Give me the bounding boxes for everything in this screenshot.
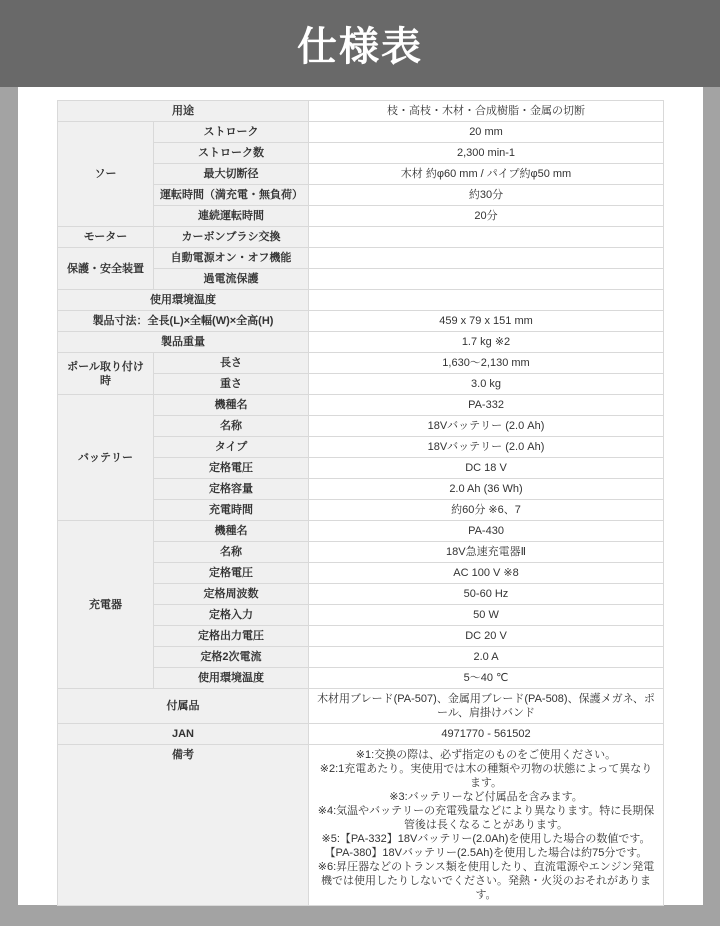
spec-label-cell: 名称 — [154, 416, 309, 437]
spec-label-cell: タイプ — [154, 437, 309, 458]
spec-value-cell: 5～40 ℃ — [309, 668, 664, 689]
spec-label-cell: 定格電圧 — [154, 458, 309, 479]
spec-label-cell: 連続運転時間 — [154, 206, 309, 227]
spec-label-cell: 重さ — [154, 374, 309, 395]
spec-label-cell: 充電器 — [58, 521, 154, 689]
spec-label-cell: ポール取り付け時 — [58, 353, 154, 395]
spec-value-cell: 2,300 min-1 — [309, 143, 664, 164]
spec-table-body: 用途枝・高枝・木材・合成樹脂・金属の切断ソーストローク20 mmストローク数2,… — [58, 101, 664, 906]
spec-value-cell: PA-332 — [309, 395, 664, 416]
table-row: 保護・安全装置自動電源オン・オフ機能 — [58, 248, 664, 269]
table-row: バッテリー機種名PA-332 — [58, 395, 664, 416]
spec-label-cell: JAN — [58, 724, 309, 745]
spec-label-cell: ストローク数 — [154, 143, 309, 164]
table-row: 製品寸法：全長(L)×全幅(W)×全高(H)459 x 79 x 151 mm — [58, 311, 664, 332]
spec-value-cell — [309, 227, 664, 248]
table-row: 備考※1:交換の際は、必ず指定のものをご使用ください。※2:1充電あたり。実使用… — [58, 745, 664, 906]
spec-value-cell: 4971770 - 561502 — [309, 724, 664, 745]
spec-label-cell: 充電時間 — [154, 500, 309, 521]
spec-label-cell: 製品重量 — [58, 332, 309, 353]
spec-label-cell: 最大切断径 — [154, 164, 309, 185]
spec-label-cell: 定格容量 — [154, 479, 309, 500]
note-line: ※6:昇圧器などのトランス類を使用したり、直流電源やエンジン発電機では使用したり… — [315, 860, 657, 902]
spec-label-cell: 自動電源オン・オフ機能 — [154, 248, 309, 269]
spec-label-cell: 付属品 — [58, 689, 309, 724]
spec-value-cell: 50 W — [309, 605, 664, 626]
spec-label-cell: 名称 — [154, 542, 309, 563]
spec-value-cell: AC 100 V ※8 — [309, 563, 664, 584]
spec-label-cell: 保護・安全装置 — [58, 248, 154, 290]
spec-value-cell: 3.0 kg — [309, 374, 664, 395]
table-row: 付属品木材用ブレード(PA-507)、金属用ブレード(PA-508)、保護メガネ… — [58, 689, 664, 724]
spec-value-cell: 枝・高枝・木材・合成樹脂・金属の切断 — [309, 101, 664, 122]
spec-label-cell: 定格周波数 — [154, 584, 309, 605]
table-row: モーターカーボンブラシ交換 — [58, 227, 664, 248]
spec-label-cell: 定格2次電流 — [154, 647, 309, 668]
spec-value-cell: 約30分 — [309, 185, 664, 206]
table-row: 充電器機種名PA-430 — [58, 521, 664, 542]
spec-value-cell: 2.0 A — [309, 647, 664, 668]
note-line: ※2:1充電あたり。実使用では木の種類や刃物の状態によって異なります。 — [315, 762, 657, 790]
table-row: 製品重量1.7 kg ※2 — [58, 332, 664, 353]
spec-value-cell: 20分 — [309, 206, 664, 227]
page-title: 仕様表 — [297, 15, 423, 72]
spec-table: 用途枝・高枝・木材・合成樹脂・金属の切断ソーストローク20 mmストローク数2,… — [57, 100, 664, 906]
table-row: JAN4971770 - 561502 — [58, 724, 664, 745]
note-line: ※3:バッテリーなど付属品を含みます。 — [315, 790, 657, 804]
spec-label-cell: 過電流保護 — [154, 269, 309, 290]
spec-label-cell: 使用環境温度 — [154, 668, 309, 689]
spec-label-cell: 定格入力 — [154, 605, 309, 626]
spec-label-cell: 機種名 — [154, 395, 309, 416]
note-line: ※4:気温やバッテリーの充電残量などにより異なります。特に長期保管後は長くなるこ… — [315, 804, 657, 832]
spec-value-cell — [309, 269, 664, 290]
spec-value-cell: DC 20 V — [309, 626, 664, 647]
spec-value-cell: 459 x 79 x 151 mm — [309, 311, 664, 332]
spec-label-cell: 機種名 — [154, 521, 309, 542]
spec-value-cell: 2.0 Ah (36 Wh) — [309, 479, 664, 500]
table-row: ポール取り付け時長さ1,630～2,130 mm — [58, 353, 664, 374]
spec-label-cell: 製品寸法：全長(L)×全幅(W)×全高(H) — [58, 311, 309, 332]
spec-value-cell: 18V急速充電器Ⅱ — [309, 542, 664, 563]
spec-value-cell: ※1:交換の際は、必ず指定のものをご使用ください。※2:1充電あたり。実使用では… — [309, 745, 664, 906]
spec-value-cell: 20 mm — [309, 122, 664, 143]
title-banner: 仕様表 — [0, 0, 720, 87]
spec-label-cell: 長さ — [154, 353, 309, 374]
spec-value-cell: 約60分 ※6、7 — [309, 500, 664, 521]
spec-value-cell: 木材 約φ60 mm / パイプ約φ50 mm — [309, 164, 664, 185]
spec-value-cell: 木材用ブレード(PA-507)、金属用ブレード(PA-508)、保護メガネ、ポー… — [309, 689, 664, 724]
note-line: ※1:交換の際は、必ず指定のものをご使用ください。 — [315, 748, 657, 762]
spec-label-cell: カーボンブラシ交換 — [154, 227, 309, 248]
spec-value-cell: 1,630～2,130 mm — [309, 353, 664, 374]
spec-value-cell: 1.7 kg ※2 — [309, 332, 664, 353]
spec-label-cell: 備考 — [58, 745, 309, 906]
content-panel: 用途枝・高枝・木材・合成樹脂・金属の切断ソーストローク20 mmストローク数2,… — [18, 87, 703, 905]
spec-value-cell: 18Vバッテリー (2.0 Ah) — [309, 437, 664, 458]
spec-value-cell — [309, 248, 664, 269]
note-line: ※5:【PA-332】18Vバッテリー(2.0Ah)を使用した場合の数値です。【… — [315, 832, 657, 860]
spec-label-cell: 定格電圧 — [154, 563, 309, 584]
spec-label-cell: ソー — [58, 122, 154, 227]
table-row: 用途枝・高枝・木材・合成樹脂・金属の切断 — [58, 101, 664, 122]
spec-value-cell: DC 18 V — [309, 458, 664, 479]
spec-label-cell: バッテリー — [58, 395, 154, 521]
spec-value-cell: 50-60 Hz — [309, 584, 664, 605]
spec-value-cell: 18Vバッテリー (2.0 Ah) — [309, 416, 664, 437]
spec-label-cell: モーター — [58, 227, 154, 248]
spec-label-cell: ストローク — [154, 122, 309, 143]
table-row: 使用環境温度 — [58, 290, 664, 311]
table-row: ソーストローク20 mm — [58, 122, 664, 143]
spec-label-cell: 用途 — [58, 101, 309, 122]
spec-value-cell: PA-430 — [309, 521, 664, 542]
spec-label-cell: 運転時間（満充電・無負荷） — [154, 185, 309, 206]
spec-label-cell: 定格出力電圧 — [154, 626, 309, 647]
spec-label-cell: 使用環境温度 — [58, 290, 309, 311]
spec-value-cell — [309, 290, 664, 311]
